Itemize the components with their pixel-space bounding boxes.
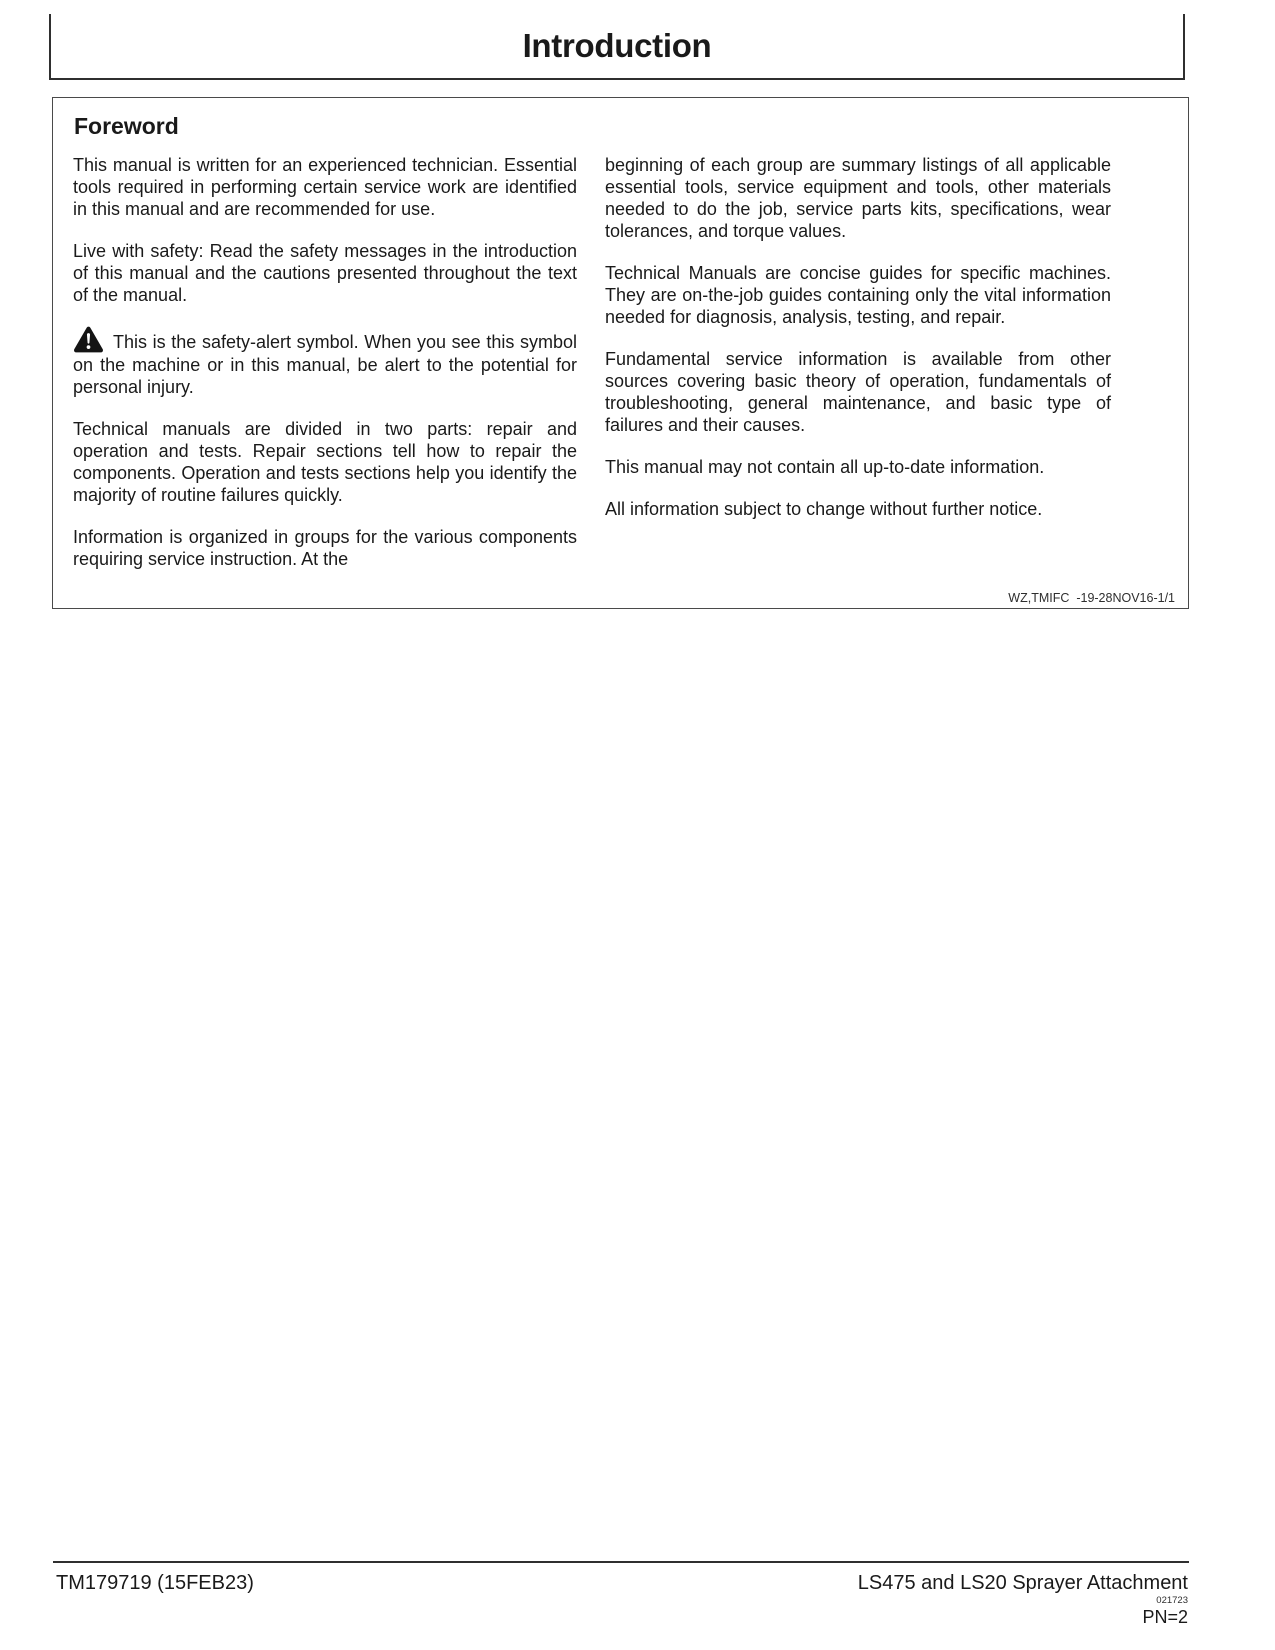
manual-page: Introduction Foreword This manual is wri… — [0, 0, 1275, 1650]
left-column: This manual is written for an experience… — [73, 154, 577, 570]
reference-code: WZ,TMIFC -19-28NOV16-1/1 — [1008, 591, 1175, 605]
right-column: beginning of each group are summary list… — [605, 154, 1111, 570]
paragraph: Technical Manuals are concise guides for… — [605, 262, 1111, 328]
manual-title: LS475 and LS20 Sprayer Attachment — [858, 1572, 1188, 1595]
page-title: Introduction — [523, 27, 712, 65]
safety-alert-paragraph: This is the safety-alert symbol. When yo… — [73, 326, 577, 398]
safety-alert-icon — [73, 326, 104, 354]
foreword-section: Foreword This manual is written for an e… — [52, 97, 1189, 609]
paragraph: Fundamental service information is avail… — [605, 348, 1111, 436]
paragraph: All information subject to change withou… — [605, 498, 1111, 520]
paragraph: Technical manuals are divided in two par… — [73, 418, 577, 506]
paragraph-text: This is the safety-alert symbol. When yo… — [73, 332, 577, 397]
page-number: PN=2 — [858, 1607, 1188, 1627]
two-column-text: This manual is written for an experience… — [73, 154, 1111, 570]
section-heading: Foreword — [74, 113, 179, 140]
paragraph: Live with safety: Read the safety messag… — [73, 240, 577, 306]
footer-right-group: LS475 and LS20 Sprayer Attachment 021723… — [858, 1572, 1188, 1627]
paragraph: This manual may not contain all up-to-da… — [605, 456, 1111, 478]
manual-number: TM179719 (15FEB23) — [56, 1572, 254, 1595]
paragraph: This manual is written for an experience… — [73, 154, 577, 220]
print-code: 021723 — [858, 1595, 1188, 1606]
footer-divider — [53, 1561, 1189, 1563]
page-header: Introduction — [49, 14, 1185, 80]
paragraph: beginning of each group are summary list… — [605, 154, 1111, 242]
paragraph: Information is organized in groups for t… — [73, 526, 577, 570]
